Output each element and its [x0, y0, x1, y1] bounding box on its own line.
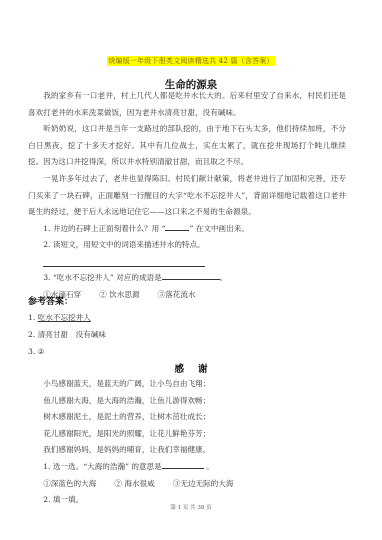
option: ③落花流水: [158, 287, 196, 304]
poem-line: 小鸟感谢蓝天，是蓝天的广阔，让小鸟自由飞翔；: [28, 376, 346, 393]
answer-blank: [165, 222, 189, 231]
question-1: 1. 井边的石碑上正面刻着什么？用 “” 在文中画出来。: [28, 221, 346, 238]
question-2: 2. 读短文，用短文中的词语来描述井水的特点。: [28, 237, 346, 254]
answer-item: 3. ②: [28, 343, 106, 360]
option: ①深蓝色的大海: [43, 476, 96, 493]
answer-item: 1. 吃水不忘挖井人: [28, 309, 106, 326]
poem-line: 树木感谢泥土，是泥土的营养，让树木茁壮成长；: [28, 409, 346, 426]
article-body: 我的家乡有一口老井，村上几代人都是吃井水长大的。后来村里安了自来水，村民们还是喜…: [28, 88, 346, 303]
page-footer: 第 1 页 共 38 页: [0, 503, 382, 511]
option: ② 海水很咸: [114, 476, 154, 493]
answers-list: 1. 吃水不忘挖井人 2. 清亮甘甜 没有碱味 3. ②: [28, 309, 106, 360]
answer-blank: [162, 460, 204, 469]
answer-item: 2. 清亮甘甜 没有碱味: [28, 326, 106, 343]
paragraph: 听奶奶说，这口井是当年一支路过的部队挖的，由于地下石头太多，他们持续加班，不分白…: [28, 121, 346, 171]
question-1: 1. 选一选。“大海的浩瀚” 的意思是 。: [28, 459, 346, 476]
poem-body: 小鸟感谢蓝天，是蓝天的广阔，让小鸟自由飞翔； 鱼儿感谢大海，是大海的浩瀚，让鱼儿…: [28, 376, 346, 509]
paragraph: 一晃许多年过去了，老井也显得陈旧。村民们献计献策，将老井进行了加固和完善，还专门…: [28, 171, 346, 221]
answers-heading: 参考答案：: [28, 294, 73, 307]
answer-blank: [162, 271, 220, 280]
answer-line: [43, 258, 205, 267]
document-page: 统编版一年级下册类文阅读精选共 42 篇（含答案） 生命的源泉 我的家乡有一口老…: [0, 0, 382, 540]
article-title: 感谢: [0, 361, 382, 375]
option: ② 饮水思源: [99, 287, 139, 304]
banner-text: 统编版一年级下册类文阅读精选共 42 篇（含答案）: [107, 56, 274, 66]
document-banner: 统编版一年级下册类文阅读精选共 42 篇（含答案）: [0, 48, 382, 67]
choice-options: ①深蓝色的大海 ② 海水很咸 ③无边无际的大海: [28, 476, 346, 493]
choice-options: ①水滴石穿 ② 饮水思源 ③落花流水: [28, 287, 346, 304]
poem-line: 鱼儿感谢大海，是大海的浩瀚，让鱼儿游得欢畅；: [28, 393, 346, 410]
poem-line: 花儿感谢阳光，是阳光的照耀，让花儿鲜艳芬芳；: [28, 426, 346, 443]
option: ③无边无际的大海: [173, 476, 234, 493]
question-3: 3. “吃水不忘挖井人” 对应的成语是。: [28, 270, 346, 287]
poem-line: 我们感谢妈妈，是妈妈的哺育，让我们幸福健康。: [28, 442, 346, 459]
paragraph: 我的家乡有一口老井，村上几代人都是吃井水长大的。后来村里安了自来水，村民们还是喜…: [28, 88, 346, 121]
